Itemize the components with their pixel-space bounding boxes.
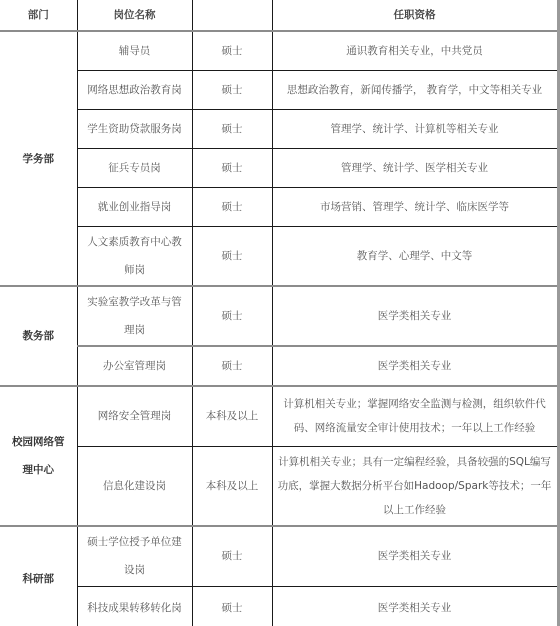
position-cell: 就业创业指导岗 <box>77 187 192 226</box>
requirements-cell: 医学类相关专业 <box>272 286 558 346</box>
department-cell: 校园网络管理中心 <box>0 386 77 526</box>
position-cell: 科技成果转移转化岗 <box>77 586 192 626</box>
table-row: 教务部 实验室教学改革与管理岗 硕士 医学类相关专业 <box>0 286 558 346</box>
education-cell: 本科及以上 <box>192 386 272 446</box>
position-cell: 实验室教学改革与管理岗 <box>77 286 192 346</box>
department-cell: 科研部 <box>0 526 77 626</box>
requirements-cell: 思想政治教育，新闻传播学， 教育学，中文等相关专业 <box>272 70 558 109</box>
table-row: 校园网络管理中心 网络安全管理岗 本科及以上 计算机相关专业；掌握网络安全监测与… <box>0 386 558 446</box>
requirements-cell: 计算机相关专业；具有一定编程经验，具备较强的SQL编写功底，掌握大数据分析平台如… <box>272 446 558 526</box>
position-cell: 人文素质教育中心教师岗 <box>77 226 192 286</box>
requirements-cell: 计算机相关专业；掌握网络安全监测与检测，组织软件代码、网络流量安全审计使用技术；… <box>272 386 558 446</box>
department-cell: 学务部 <box>0 31 77 286</box>
table-row: 人文素质教育中心教师岗 硕士 教育学、心理学、中文等 <box>0 226 558 286</box>
education-cell: 硕士 <box>192 526 272 586</box>
position-cell: 信息化建设岗 <box>77 446 192 526</box>
requirements-cell: 教育学、心理学、中文等 <box>272 226 558 286</box>
requirements-cell: 市场营销、管理学、统计学、临床医学等 <box>272 187 558 226</box>
table-header-row: 部门 岗位名称 任职资格 <box>0 0 558 31</box>
header-department: 部门 <box>0 0 77 31</box>
table-row: 信息化建设岗 本科及以上 计算机相关专业；具有一定编程经验，具备较强的SQL编写… <box>0 446 558 526</box>
position-cell: 学生资助贷款服务岗 <box>77 109 192 148</box>
requirements-cell: 医学类相关专业 <box>272 346 558 386</box>
position-cell: 网络思想政治教育岗 <box>77 70 192 109</box>
education-cell: 硕士 <box>192 31 272 70</box>
education-cell: 硕士 <box>192 346 272 386</box>
education-cell: 硕士 <box>192 148 272 187</box>
position-cell: 辅导员 <box>77 31 192 70</box>
header-position: 岗位名称 <box>77 0 192 31</box>
table-row: 科技成果转移转化岗 硕士 医学类相关专业 <box>0 586 558 626</box>
education-cell: 本科及以上 <box>192 446 272 526</box>
education-cell: 硕士 <box>192 226 272 286</box>
header-education <box>192 0 272 31</box>
table-row: 网络思想政治教育岗 硕士 思想政治教育，新闻传播学， 教育学，中文等相关专业 <box>0 70 558 109</box>
table-row: 办公室管理岗 硕士 医学类相关专业 <box>0 346 558 386</box>
education-cell: 硕士 <box>192 286 272 346</box>
requirements-cell: 通识教育相关专业，中共党员 <box>272 31 558 70</box>
department-cell: 教务部 <box>0 286 77 386</box>
table-row: 就业创业指导岗 硕士 市场营销、管理学、统计学、临床医学等 <box>0 187 558 226</box>
table-row: 科研部 硕士学位授予单位建设岗 硕士 医学类相关专业 <box>0 526 558 586</box>
table-row: 学务部 辅导员 硕士 通识教育相关专业，中共党员 <box>0 31 558 70</box>
header-requirements: 任职资格 <box>272 0 558 31</box>
position-cell: 硕士学位授予单位建设岗 <box>77 526 192 586</box>
requirements-cell: 医学类相关专业 <box>272 586 558 626</box>
requirements-cell: 管理学、统计学、计算机等相关专业 <box>272 109 558 148</box>
position-cell: 办公室管理岗 <box>77 346 192 386</box>
requirements-cell: 管理学、统计学、医学相关专业 <box>272 148 558 187</box>
table-row: 征兵专员岗 硕士 管理学、统计学、医学相关专业 <box>0 148 558 187</box>
education-cell: 硕士 <box>192 187 272 226</box>
table-row: 学生资助贷款服务岗 硕士 管理学、统计学、计算机等相关专业 <box>0 109 558 148</box>
education-cell: 硕士 <box>192 70 272 109</box>
education-cell: 硕士 <box>192 586 272 626</box>
education-cell: 硕士 <box>192 109 272 148</box>
recruitment-table: 部门 岗位名称 任职资格 学务部 辅导员 硕士 通识教育相关专业，中共党员 网络… <box>0 0 560 626</box>
position-cell: 征兵专员岗 <box>77 148 192 187</box>
requirements-cell: 医学类相关专业 <box>272 526 558 586</box>
position-cell: 网络安全管理岗 <box>77 386 192 446</box>
